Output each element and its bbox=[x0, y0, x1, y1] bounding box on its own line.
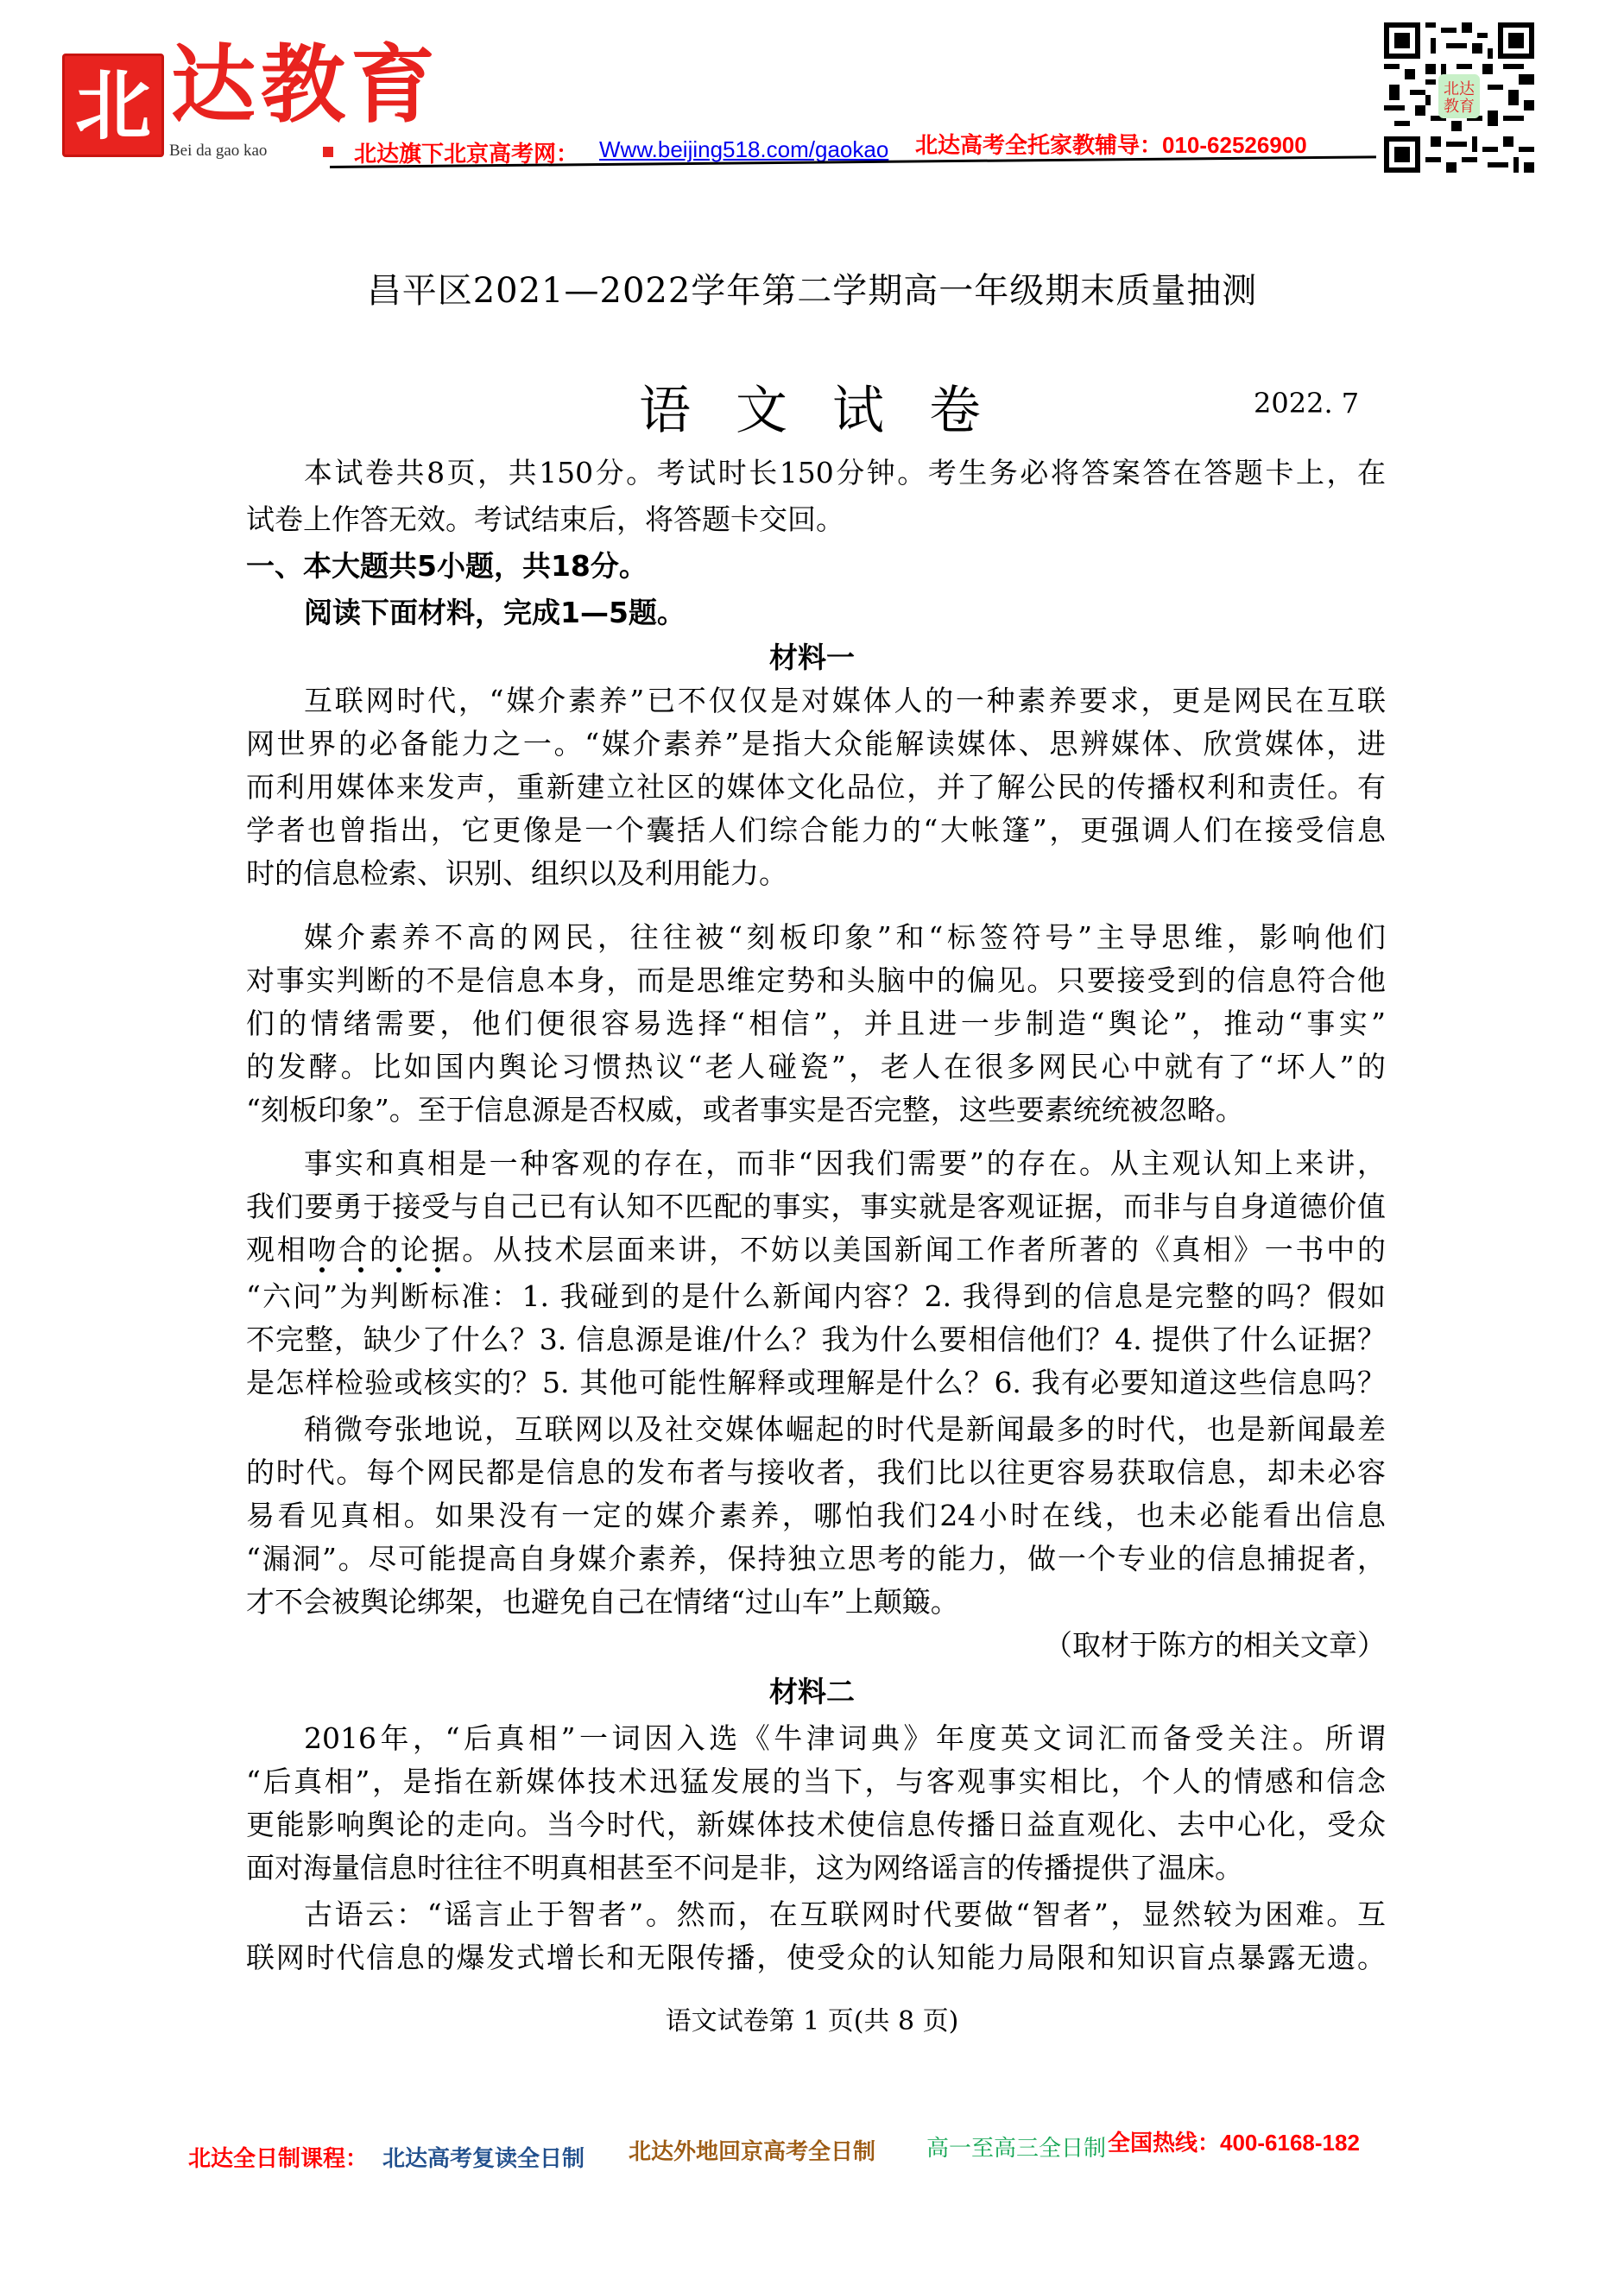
footer-label: 北达全日制课程： bbox=[188, 2141, 368, 2173]
emphasis-dots bbox=[319, 1267, 440, 1276]
paragraph-line: “六问”为判断标准：1. 我碰到的是什么新闻内容？2. 我得到的信息是完整的吗？… bbox=[246, 1279, 1386, 1314]
paragraph-line: “漏洞”。尽可能提高自身媒介素养，保持独立思考的能力，做一个专业的信息捕捉者， bbox=[246, 1542, 1386, 1576]
subject-title: 语文试卷 bbox=[639, 369, 1026, 444]
exam-date: 2022. 7 bbox=[1254, 387, 1359, 420]
paragraph-line: 2016年，“后真相”一词因入选《牛津词典》年度英文词汇而备受关注。所谓 bbox=[304, 1721, 1386, 1756]
logo-subtitle: Bei da gao kao bbox=[169, 142, 267, 161]
footer-hotline: 全国热线：400-6168-182 bbox=[1108, 2125, 1360, 2157]
qr-code-icon: 北达 教育 bbox=[1384, 22, 1534, 174]
paragraph-line: 的时代。每个网民都是信息的发布者与接收者，我们比以往更容易获取信息，却未必容 bbox=[246, 1455, 1386, 1490]
tutor-hotline: 北达高考全托家教辅导：010-62526900 bbox=[915, 128, 1307, 160]
svg-text:教育: 教育 bbox=[1444, 98, 1475, 116]
paragraph-line: 对事实判断的不是信息本身，而是思维定势和头脑中的偏见。只要接受到的信息符合他 bbox=[246, 963, 1386, 998]
paragraph-line: 面对海量信息时往往不明真相甚至不问是非，这为网络谣言的传播提供了温床。 bbox=[246, 1851, 1386, 1885]
section-heading: 一、本大题共5小题，共18分。 bbox=[246, 549, 1386, 584]
paragraph-line: 而利用媒体来发声，重新建立社区的媒体文化品位，并了解公民的传播权利和责任。有 bbox=[246, 770, 1386, 805]
logo-text: 达教育 bbox=[171, 43, 440, 128]
paragraph-line: 稍微夸张地说，互联网以及社交媒体崛起的时代是新闻最多的时代，也是新闻最差 bbox=[304, 1412, 1386, 1447]
material-source: （取材于陈方的相关文章） bbox=[246, 1628, 1386, 1663]
footer-course-1: 北达高考复读全日制 bbox=[382, 2141, 585, 2173]
material-heading: 材料一 bbox=[0, 641, 1624, 675]
paragraph-line: 学者也曾指出，它更像是一个囊括人们综合能力的“大帐篷”，更强调人们在接受信息 bbox=[246, 813, 1386, 848]
section-prompt: 阅读下面材料，完成1—5题。 bbox=[304, 596, 1386, 630]
paragraph-line: 我们要勇于接受与自己已有认知不匹配的事实，事实就是客观证据，而非与自身道德价值 bbox=[246, 1190, 1386, 1224]
paragraph-line: 易看见真相。如果没有一定的媒介素养，哪怕我们24小时在线，也未必能看出信息 bbox=[246, 1499, 1386, 1533]
paragraph-line: 媒介素养不高的网民，往往被“刻板印象”和“标签符号”主导思维，影响他们 bbox=[304, 920, 1386, 955]
paragraph-line: 才不会被舆论绑架，也避免自己在情绪“过山车”上颠簸。 bbox=[246, 1585, 1386, 1620]
paragraph-line: 是怎样检验或核实的？5. 其他可能性解释或理解是什么？6. 我有必要知道这些信息… bbox=[246, 1366, 1386, 1400]
paragraph-line: 互联网时代，“媒介素养”已不仅仅是对媒体人的一种素养要求，更是网民在互联 bbox=[304, 684, 1386, 718]
paragraph-line: 事实和真相是一种客观的存在，而非“因我们需要”的存在。从主观认知上来讲， bbox=[304, 1146, 1386, 1181]
paragraph-line: 网世界的必备能力之一。“媒介素养”是指大众能解读媒体、思辨媒体、欣赏媒体，进 bbox=[246, 727, 1386, 761]
material-heading: 材料二 bbox=[0, 1675, 1624, 1709]
paragraph-line: 的发酵。比如国内舆论习惯热议“老人碰瓷”，老人在很多网民心中就有了“坏人”的 bbox=[246, 1050, 1386, 1084]
paragraph-line: 更能影响舆论的走向。当今时代，新媒体技术使信息传播日益直观化、去中心化，受众 bbox=[246, 1808, 1386, 1842]
paragraph-line: “刻板印象”。至于信息源是否权威，或者事实是否完整，这些要素统统被忽略。 bbox=[246, 1093, 1386, 1127]
paragraph-line: 们的情绪需要，他们便很容易选择“相信”，并且进一步制造“舆论”，推动“事实” bbox=[246, 1007, 1386, 1041]
paragraph-line: 不完整，缺少了什么？3. 信息源是谁/什么？我为什么要相信他们？4. 提供了什么… bbox=[246, 1323, 1386, 1357]
instruction-line: 本试卷共8页，共150分。考试时长150分钟。考生务必将答案答在答题卡上，在 bbox=[304, 456, 1386, 490]
site-link[interactable]: Www.beijing518.com/gaokao bbox=[599, 136, 888, 163]
footer-course-3: 高一至高三全日制 bbox=[926, 2131, 1106, 2163]
footer-course-2: 北达外地回京高考全日制 bbox=[629, 2134, 875, 2166]
exam-title: 昌平区2021—2022学年第二学期高一年级期末质量抽测 bbox=[0, 263, 1624, 313]
bullet-square-icon bbox=[323, 147, 333, 157]
paragraph-line: 联网时代信息的爆发式增长和无限传播，使受众的认知能力局限和知识盲点暴露无遗。 bbox=[246, 1941, 1386, 1975]
paragraph-line: “后真相”，是指在新媒体技术迅猛发展的当下，与客观事实相比，个人的情感和信念 bbox=[246, 1765, 1386, 1799]
paragraph-line: 时的信息检索、识别、组织以及利用能力。 bbox=[246, 856, 1386, 891]
paragraph-line: 古语云：“谣言止于智者”。然而，在互联网时代要做“智者”，显然较为困难。互 bbox=[304, 1897, 1386, 1932]
paragraph-line: 观相吻合的论据。从技术层面来讲，不妨以美国新闻工作者所著的《真相》一书中的 bbox=[246, 1233, 1386, 1267]
svg-text:北达: 北达 bbox=[1444, 80, 1475, 98]
instruction-line: 试卷上作答无效。考试结束后，将答题卡交回。 bbox=[246, 502, 1386, 537]
page-number: 语文试卷第 1 页(共 8 页) bbox=[0, 1999, 1624, 2037]
logo-mark: 北 bbox=[62, 54, 164, 157]
